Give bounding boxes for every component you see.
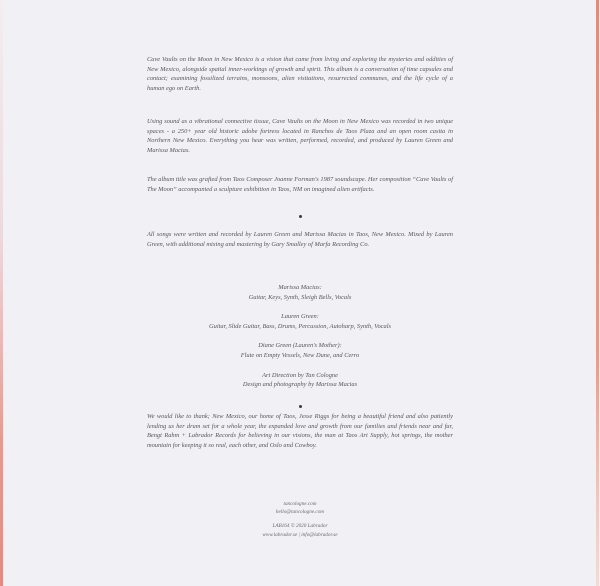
credit-name: Art Direction by Tan Cologne (147, 371, 453, 381)
title-origin-paragraph: The album title was grafted from Taos Co… (147, 175, 453, 194)
songwriting-paragraph: All songs were written and recorded by L… (147, 230, 453, 249)
credit-name: Diane Green (Lauren's Mother): (147, 341, 453, 351)
intro-paragraph: Cave Vaults on the Moon in New Mexico is… (147, 55, 453, 93)
bullet-dot-icon (299, 215, 302, 218)
credit-role: Guitar, Slide Guitar, Bass, Drums, Percu… (147, 322, 453, 332)
credits-list: Marissa Macias: Guitar, Keys, Synth, Sle… (147, 283, 453, 400)
credit-item: Art Direction by Tan Cologne Design and … (147, 371, 453, 390)
bullet-dot-icon (299, 405, 302, 408)
label-contact: www.labrador.se | info@labrador.se (147, 531, 453, 539)
thanks-paragraph: We would like to thank; New Mexico, our … (147, 412, 453, 450)
credit-role: Design and photography by Marissa Macias (147, 380, 453, 390)
artist-email: hello@tancologne.com (147, 508, 453, 516)
artist-website: tancologne.com (147, 500, 453, 508)
credit-role: Flute on Empty Vessels, New Dune, and Ce… (147, 351, 453, 361)
footer: tancologne.com hello@tancologne.com LAB1… (147, 500, 453, 539)
credit-item: Lauren Green: Guitar, Slide Guitar, Bass… (147, 312, 453, 331)
left-edge-border (0, 0, 3, 586)
recording-paragraph: Using sound as a vibrational connective … (147, 117, 453, 155)
credit-role: Guitar, Keys, Synth, Sleigh Bells, Vocal… (147, 293, 453, 303)
credit-name: Lauren Green: (147, 312, 453, 322)
credit-name: Marissa Macias: (147, 283, 453, 293)
credit-item: Diane Green (Lauren's Mother): Flute on … (147, 341, 453, 360)
catalog-copyright: LAB164 © 2020 Labrador (147, 522, 453, 530)
credit-item: Marissa Macias: Guitar, Keys, Synth, Sle… (147, 283, 453, 302)
